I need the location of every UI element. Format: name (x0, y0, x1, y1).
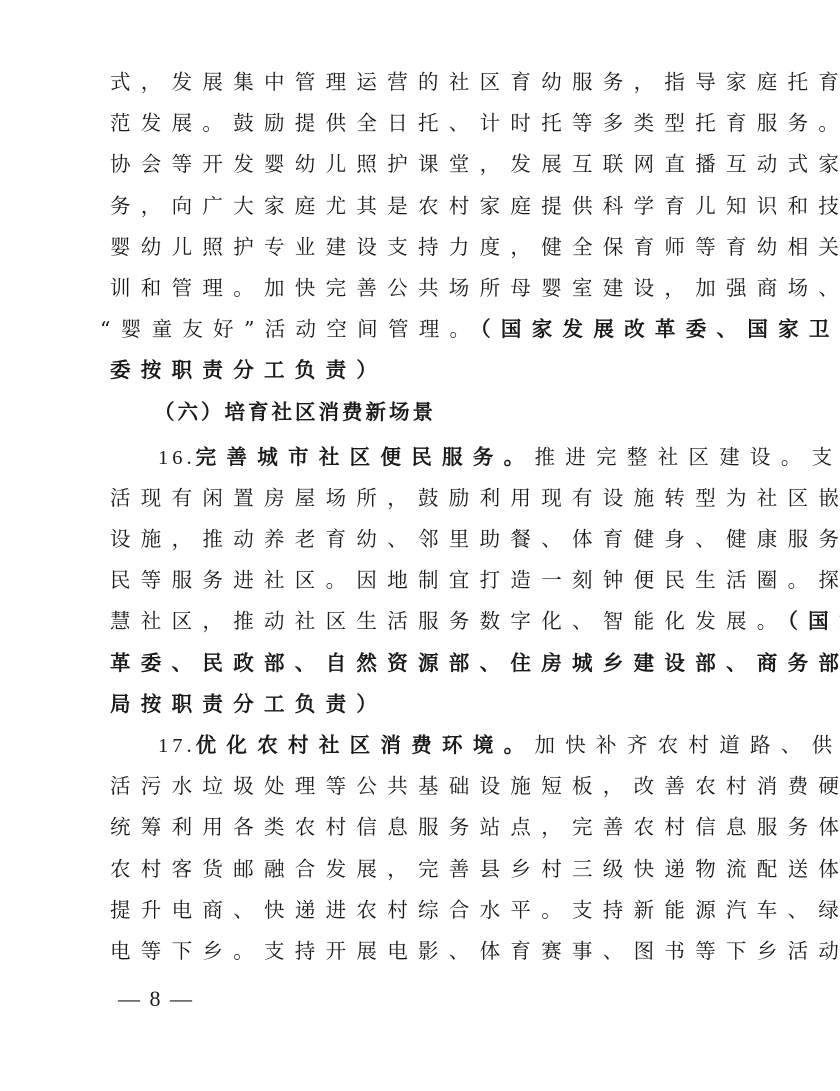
text-line: 民等服务进社区。因地制宜打造一刻钟便民生活圈。探索发展智 (110, 560, 730, 601)
text-line: 协会等开发婴幼儿照护课堂，发展互联网直播互动式家庭育儿服 (110, 144, 730, 185)
responsible-departments: （国家发展改革委、国家卫生健康 (480, 317, 840, 341)
text-line: 活现有闲置房屋场所，鼓励利用现有设施转型为社区嵌入式服务 (110, 478, 730, 519)
body-text: 慧社区，推动社区生活服务数字化、智能化发展。 (110, 609, 788, 633)
text-line: 统筹利用各类农村信息服务站点，完善农村信息服务体系。推进 (110, 807, 730, 848)
text-line: “婴童友好”活动空间管理。（国家发展改革委、国家卫生健康 (100, 309, 730, 350)
responsible-departments: 局按职责分工负责） (110, 692, 387, 716)
item-16-urban-community-services: 16.完善城市社区便民服务。推进完整社区建设。支持社区盘 活现有闲置房屋场所，鼓… (110, 437, 730, 725)
text-line: 电等下乡。支持开展电影、体育赛事、图书等下乡活动，推动优 (110, 931, 730, 972)
text-line: 农村客货邮融合发展，完善县乡村三级快递物流配送体系，加快 (110, 849, 730, 890)
responsible-departments: （国家发展改 (788, 609, 840, 633)
item-number: 17. (158, 735, 196, 757)
item-number: 16. (158, 447, 196, 469)
text-line: 慧社区，推动社区生活服务数字化、智能化发展。（国家发展改 (110, 601, 730, 642)
section-heading-text: （六）培育社区消费新场景 (154, 400, 436, 424)
text-line: 务，向广大家庭尤其是农村家庭提供科学育儿知识和技能。加大 (110, 186, 730, 227)
text-line: 婴幼儿照护专业建设支持力度，健全保育师等育幼相关人员的培 (110, 227, 730, 268)
item-17-rural-community-consumption: 17.优化农村社区消费环境。加快补齐农村道路、供排水、生 活污水垃圾处理等公共基… (110, 725, 730, 972)
text-line: 训和管理。加快完善公共场所母婴室建设，加强商场、写字楼等 (110, 268, 730, 309)
item-title: 完善城市社区便民服务。 (196, 445, 535, 469)
text-line: 委按职责分工负责） (110, 350, 730, 391)
page-number: — 8 — (118, 986, 194, 1012)
item-title: 优化农村社区消费环境。 (196, 733, 535, 757)
text-line: 设施，推动养老育幼、邻里助餐、体育健身、健康服务、家政便 (110, 519, 730, 560)
responsible-departments: 革委、民政部、自然资源部、住房城乡建设部、商务部、广电总 (110, 651, 840, 675)
body-text: 加快补齐农村道路、供排水、生 (534, 733, 840, 757)
text-line: 局按职责分工负责） (110, 684, 730, 725)
body-text: “婴童友好”活动空间管理。 (100, 317, 480, 341)
text-line: 范发展。鼓励提供全日托、计时托等多类型托育服务。支持行业 (110, 103, 730, 144)
text-line: 17.优化农村社区消费环境。加快补齐农村道路、供排水、生 (110, 725, 730, 766)
text-line: 提升电商、快递进农村综合水平。支持新能源汽车、绿色智能家 (110, 890, 730, 931)
paragraph-childcare-services: 式，发展集中管理运营的社区育幼服务，指导家庭托育点健康规 范发展。鼓励提供全日托… (110, 62, 730, 392)
text-line: 活污水垃圾处理等公共基础设施短板，改善农村消费硬件设施。 (110, 766, 730, 807)
section-heading: （六）培育社区消费新场景 (110, 392, 730, 433)
responsible-departments: 委按职责分工负责） (110, 358, 387, 382)
text-line: 16.完善城市社区便民服务。推进完整社区建设。支持社区盘 (110, 437, 730, 478)
text-line: 式，发展集中管理运营的社区育幼服务，指导家庭托育点健康规 (110, 62, 730, 103)
document-page: 式，发展集中管理运营的社区育幼服务，指导家庭托育点健康规 范发展。鼓励提供全日托… (110, 62, 730, 972)
text-line: 革委、民政部、自然资源部、住房城乡建设部、商务部、广电总 (110, 643, 730, 684)
body-text: 推进完整社区建设。支持社区盘 (534, 445, 840, 469)
